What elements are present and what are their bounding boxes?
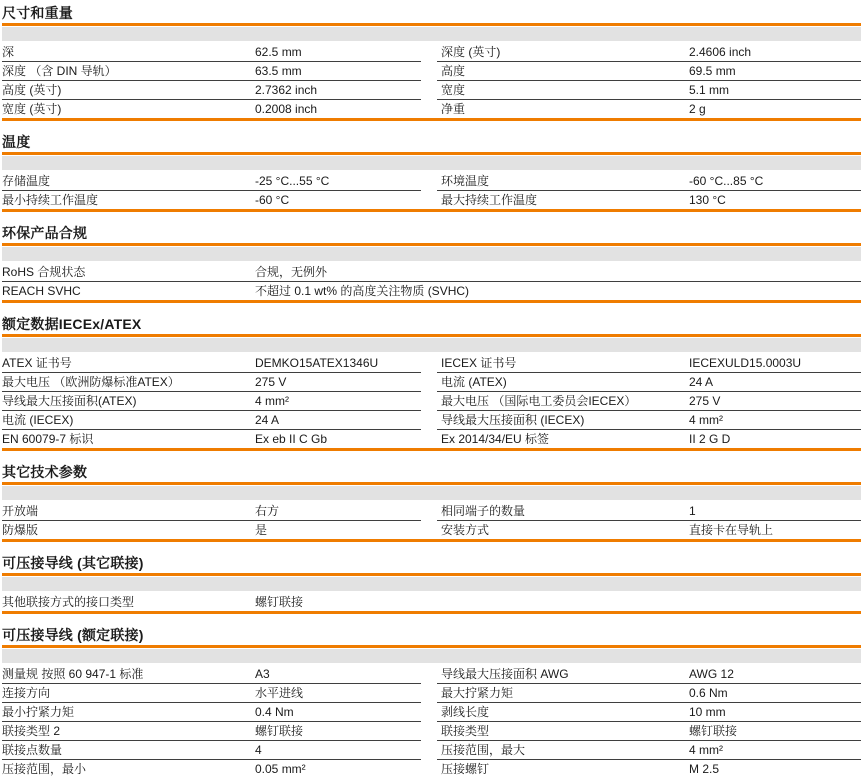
spec-label: ATEX 证书号 bbox=[2, 356, 255, 370]
spec-column-left: 存储温度-25 °C...55 °C 最小持续工作温度-60 °C bbox=[2, 172, 421, 208]
spec-columns: 存储温度-25 °C...55 °C 最小持续工作温度-60 °C 环境温度-6… bbox=[2, 172, 861, 208]
spec-row: 压接螺钉M 2.5 bbox=[437, 760, 861, 776]
spec-row: 压接范围，最小0.05 mm² bbox=[2, 760, 421, 776]
spec-column-full: RoHS 合规状态合规，无例外 REACH SVHC不超过 0.1 wt% 的高… bbox=[2, 263, 861, 299]
spec-row: 最大电压 （国际电工委员会IECEX）275 V bbox=[437, 392, 861, 411]
datasheet-page: 尺寸和重量 深62.5 mm 深度 （含 DIN 导轨）63.5 mm 高度 (… bbox=[0, 0, 861, 776]
section-title: 温度 bbox=[2, 135, 861, 150]
spec-label: 导线最大压接面积 AWG bbox=[441, 667, 689, 681]
spec-label: 深度 （含 DIN 导轨） bbox=[2, 64, 255, 78]
spec-row: 导线最大压接面积(ATEX)4 mm² bbox=[2, 392, 421, 411]
spec-value: 275 V bbox=[255, 375, 421, 389]
section-header-band bbox=[2, 156, 861, 170]
spec-label: 净重 bbox=[441, 102, 689, 116]
spec-columns: 深62.5 mm 深度 （含 DIN 导轨）63.5 mm 高度 (英寸)2.7… bbox=[2, 43, 861, 117]
spec-column-right: 环境温度-60 °C...85 °C 最大持续工作温度130 °C bbox=[437, 172, 861, 208]
spec-value: 1 bbox=[689, 504, 861, 518]
spec-row: EN 60079-7 标识Ex eb II C Gb bbox=[2, 430, 421, 447]
spec-label: 导线最大压接面积(ATEX) bbox=[2, 394, 255, 408]
section-title-rule bbox=[2, 573, 861, 576]
spec-row: 测量规 按照 60 947-1 标准A3 bbox=[2, 665, 421, 684]
spec-row: 最大持续工作温度130 °C bbox=[437, 191, 861, 208]
spec-row: 其他联接方式的接口类型螺钉联接 bbox=[2, 593, 861, 610]
section-header-band bbox=[2, 649, 861, 663]
spec-value: Ex eb II C Gb bbox=[255, 432, 421, 446]
spec-column-left: 测量规 按照 60 947-1 标准A3 连接方向水平进线 最小拧紧力矩0.4 … bbox=[2, 665, 421, 776]
spec-row: 联接点数量4 bbox=[2, 741, 421, 760]
spec-value: 4 bbox=[255, 743, 421, 757]
section-bottom-rule bbox=[2, 448, 861, 451]
spec-value: -60 °C bbox=[255, 193, 421, 207]
spec-row: 电流 (IECEX)24 A bbox=[2, 411, 421, 430]
spec-label: IECEX 证书号 bbox=[441, 356, 689, 370]
spec-row: 相同端子的数量1 bbox=[437, 502, 861, 521]
spec-row: 存储温度-25 °C...55 °C bbox=[2, 172, 421, 191]
spec-value: 0.4 Nm bbox=[255, 705, 421, 719]
spec-row: 压接范围，最大4 mm² bbox=[437, 741, 861, 760]
spec-label: 连接方向 bbox=[2, 686, 255, 700]
spec-row: 开放端右方 bbox=[2, 502, 421, 521]
spec-label: 宽度 bbox=[441, 83, 689, 97]
spec-label: 安装方式 bbox=[441, 523, 689, 537]
spec-label: 深 bbox=[2, 45, 255, 59]
spec-value: 62.5 mm bbox=[255, 45, 421, 59]
spec-value: 合规，无例外 bbox=[255, 265, 861, 279]
section-title: 其它技术参数 bbox=[2, 465, 861, 480]
spec-value: 水平进线 bbox=[255, 686, 421, 700]
spec-label: 电流 (IECEX) bbox=[2, 413, 255, 427]
spec-row: 深度 （含 DIN 导轨）63.5 mm bbox=[2, 62, 421, 81]
spec-label: 相同端子的数量 bbox=[441, 504, 689, 518]
section-header-band bbox=[2, 577, 861, 591]
spec-label: RoHS 合规状态 bbox=[2, 265, 255, 279]
spec-row: 深62.5 mm bbox=[2, 43, 421, 62]
spec-label: 联接类型 bbox=[441, 724, 689, 738]
spec-value: 直接卡在导轨上 bbox=[689, 523, 861, 537]
spec-label: 电流 (ATEX) bbox=[441, 375, 689, 389]
spec-label: EN 60079-7 标识 bbox=[2, 432, 255, 446]
section-bottom-rule bbox=[2, 118, 861, 121]
spec-row: 高度69.5 mm bbox=[437, 62, 861, 81]
section-dimensions-weight: 尺寸和重量 深62.5 mm 深度 （含 DIN 导轨）63.5 mm 高度 (… bbox=[2, 6, 861, 121]
spec-row: 连接方向水平进线 bbox=[2, 684, 421, 703]
spec-label: 压接范围，最大 bbox=[441, 743, 689, 757]
spec-value: 2 g bbox=[689, 102, 861, 116]
spec-label: 宽度 (英寸) bbox=[2, 102, 255, 116]
spec-label: 压接螺钉 bbox=[441, 762, 689, 776]
spec-label: 测量规 按照 60 947-1 标准 bbox=[2, 667, 255, 681]
spec-label: 导线最大压接面积 (IECEX) bbox=[441, 413, 689, 427]
spec-label: 最小拧紧力矩 bbox=[2, 705, 255, 719]
spec-value: II 2 G D bbox=[689, 432, 861, 446]
spec-value: 螺钉联接 bbox=[255, 724, 421, 738]
section-header-band bbox=[2, 486, 861, 500]
spec-row: IECEX 证书号IECEXULD15.0003U bbox=[437, 354, 861, 373]
spec-row: ATEX 证书号DEMKO15ATEX1346U bbox=[2, 354, 421, 373]
section-bottom-rule bbox=[2, 611, 861, 614]
section-crimpable-wire-rated-connection: 可压接导线 (额定联接) 测量规 按照 60 947-1 标准A3 连接方向水平… bbox=[2, 628, 861, 776]
section-title-rule bbox=[2, 152, 861, 155]
spec-value: 63.5 mm bbox=[255, 64, 421, 78]
spec-label: 最大电压 （欧洲防爆标准ATEX） bbox=[2, 375, 255, 389]
spec-value: 0.6 Nm bbox=[689, 686, 861, 700]
spec-label: 高度 bbox=[441, 64, 689, 78]
spec-row: 电流 (ATEX)24 A bbox=[437, 373, 861, 392]
spec-row: 环境温度-60 °C...85 °C bbox=[437, 172, 861, 191]
section-title-rule bbox=[2, 645, 861, 648]
section-header-band bbox=[2, 27, 861, 41]
spec-label: 压接范围，最小 bbox=[2, 762, 255, 776]
spec-value: 24 A bbox=[689, 375, 861, 389]
spec-label: 其他联接方式的接口类型 bbox=[2, 595, 255, 609]
section-environmental-compliance: 环保产品合规 RoHS 合规状态合规，无例外 REACH SVHC不超过 0.1… bbox=[2, 226, 861, 303]
spec-row: 导线最大压接面积 AWGAWG 12 bbox=[437, 665, 861, 684]
spec-row: 安装方式直接卡在导轨上 bbox=[437, 521, 861, 538]
spec-value: M 2.5 bbox=[689, 762, 861, 776]
spec-value: 24 A bbox=[255, 413, 421, 427]
spec-value: 2.7362 inch bbox=[255, 83, 421, 97]
spec-value: 130 °C bbox=[689, 193, 861, 207]
spec-column-right: IECEX 证书号IECEXULD15.0003U 电流 (ATEX)24 A … bbox=[437, 354, 861, 447]
section-temperature: 温度 存储温度-25 °C...55 °C 最小持续工作温度-60 °C 环境温… bbox=[2, 135, 861, 212]
section-bottom-rule bbox=[2, 539, 861, 542]
spec-row: 最小持续工作温度-60 °C bbox=[2, 191, 421, 208]
section-header-band bbox=[2, 338, 861, 352]
spec-value: 4 mm² bbox=[689, 413, 861, 427]
section-title-rule bbox=[2, 243, 861, 246]
spec-label: 最小持续工作温度 bbox=[2, 193, 255, 207]
spec-columns: 测量规 按照 60 947-1 标准A3 连接方向水平进线 最小拧紧力矩0.4 … bbox=[2, 665, 861, 776]
section-other-technical-parameters: 其它技术参数 开放端右方 防爆版是 相同端子的数量1 安装方式直接卡在导轨上 bbox=[2, 465, 861, 542]
spec-column-full: 其他联接方式的接口类型螺钉联接 bbox=[2, 593, 861, 610]
spec-value: 是 bbox=[255, 523, 421, 537]
spec-row: 防爆版是 bbox=[2, 521, 421, 538]
spec-row: 最小拧紧力矩0.4 Nm bbox=[2, 703, 421, 722]
spec-label: 开放端 bbox=[2, 504, 255, 518]
spec-label: 高度 (英寸) bbox=[2, 83, 255, 97]
spec-value: 4 mm² bbox=[255, 394, 421, 408]
spec-row: 最大拧紧力矩0.6 Nm bbox=[437, 684, 861, 703]
spec-value: -25 °C...55 °C bbox=[255, 174, 421, 188]
spec-label: 最大拧紧力矩 bbox=[441, 686, 689, 700]
spec-value: 螺钉联接 bbox=[255, 595, 861, 609]
spec-value: 275 V bbox=[689, 394, 861, 408]
spec-label: 最大电压 （国际电工委员会IECEX） bbox=[441, 394, 689, 408]
section-bottom-rule bbox=[2, 300, 861, 303]
spec-value: IECEXULD15.0003U bbox=[689, 356, 861, 370]
section-title-rule bbox=[2, 482, 861, 485]
spec-column-right: 相同端子的数量1 安装方式直接卡在导轨上 bbox=[437, 502, 861, 538]
section-title: 环保产品合规 bbox=[2, 226, 861, 241]
spec-value: 4 mm² bbox=[689, 743, 861, 757]
spec-label: 剥线长度 bbox=[441, 705, 689, 719]
spec-row: Ex 2014/34/EU 标签II 2 G D bbox=[437, 430, 861, 447]
spec-column-left: ATEX 证书号DEMKO15ATEX1346U 最大电压 （欧洲防爆标准ATE… bbox=[2, 354, 421, 447]
spec-label: 环境温度 bbox=[441, 174, 689, 188]
spec-value: 2.4606 inch bbox=[689, 45, 861, 59]
section-title: 可压接导线 (其它联接) bbox=[2, 556, 861, 571]
spec-row: 剥线长度10 mm bbox=[437, 703, 861, 722]
spec-label: REACH SVHC bbox=[2, 284, 255, 298]
section-bottom-rule bbox=[2, 209, 861, 212]
section-title: 可压接导线 (额定联接) bbox=[2, 628, 861, 643]
section-title: 额定数据IECEx/ATEX bbox=[2, 317, 861, 332]
spec-row: 宽度 (英寸)0.2008 inch bbox=[2, 100, 421, 117]
spec-row: 联接类型螺钉联接 bbox=[437, 722, 861, 741]
section-title-rule bbox=[2, 23, 861, 26]
section-title: 尺寸和重量 bbox=[2, 6, 861, 21]
section-title-rule bbox=[2, 334, 861, 337]
spec-row: 高度 (英寸)2.7362 inch bbox=[2, 81, 421, 100]
spec-row: 最大电压 （欧洲防爆标准ATEX）275 V bbox=[2, 373, 421, 392]
spec-row: 宽度5.1 mm bbox=[437, 81, 861, 100]
spec-columns: ATEX 证书号DEMKO15ATEX1346U 最大电压 （欧洲防爆标准ATE… bbox=[2, 354, 861, 447]
spec-value: 69.5 mm bbox=[689, 64, 861, 78]
spec-row: 联接类型 2螺钉联接 bbox=[2, 722, 421, 741]
section-rated-data-iecex-atex: 额定数据IECEx/ATEX ATEX 证书号DEMKO15ATEX1346U … bbox=[2, 317, 861, 451]
spec-value: 5.1 mm bbox=[689, 83, 861, 97]
spec-label: 联接点数量 bbox=[2, 743, 255, 757]
spec-column-right: 深度 (英寸)2.4606 inch 高度69.5 mm 宽度5.1 mm 净重… bbox=[437, 43, 861, 117]
spec-value: 0.05 mm² bbox=[255, 762, 421, 776]
spec-label: 存储温度 bbox=[2, 174, 255, 188]
spec-value: -60 °C...85 °C bbox=[689, 174, 861, 188]
section-header-band bbox=[2, 247, 861, 261]
spec-value: AWG 12 bbox=[689, 667, 861, 681]
spec-column-right: 导线最大压接面积 AWGAWG 12 最大拧紧力矩0.6 Nm 剥线长度10 m… bbox=[437, 665, 861, 776]
spec-value: 螺钉联接 bbox=[689, 724, 861, 738]
spec-label: 最大持续工作温度 bbox=[441, 193, 689, 207]
spec-column-left: 深62.5 mm 深度 （含 DIN 导轨）63.5 mm 高度 (英寸)2.7… bbox=[2, 43, 421, 117]
spec-label: Ex 2014/34/EU 标签 bbox=[441, 432, 689, 446]
spec-value: DEMKO15ATEX1346U bbox=[255, 356, 421, 370]
spec-row: 净重2 g bbox=[437, 100, 861, 117]
spec-label: 联接类型 2 bbox=[2, 724, 255, 738]
spec-columns: 开放端右方 防爆版是 相同端子的数量1 安装方式直接卡在导轨上 bbox=[2, 502, 861, 538]
spec-row: RoHS 合规状态合规，无例外 bbox=[2, 263, 861, 282]
spec-value: 10 mm bbox=[689, 705, 861, 719]
spec-value: 0.2008 inch bbox=[255, 102, 421, 116]
spec-row: REACH SVHC不超过 0.1 wt% 的高度关注物质 (SVHC) bbox=[2, 282, 861, 299]
section-crimpable-wire-other-connection: 可压接导线 (其它联接) 其他联接方式的接口类型螺钉联接 bbox=[2, 556, 861, 614]
spec-label: 防爆版 bbox=[2, 523, 255, 537]
spec-row: 导线最大压接面积 (IECEX)4 mm² bbox=[437, 411, 861, 430]
spec-value: 不超过 0.1 wt% 的高度关注物质 (SVHC) bbox=[255, 284, 861, 298]
spec-value: A3 bbox=[255, 667, 421, 681]
spec-label: 深度 (英寸) bbox=[441, 45, 689, 59]
spec-value: 右方 bbox=[255, 504, 421, 518]
spec-row: 深度 (英寸)2.4606 inch bbox=[437, 43, 861, 62]
spec-column-left: 开放端右方 防爆版是 bbox=[2, 502, 421, 538]
